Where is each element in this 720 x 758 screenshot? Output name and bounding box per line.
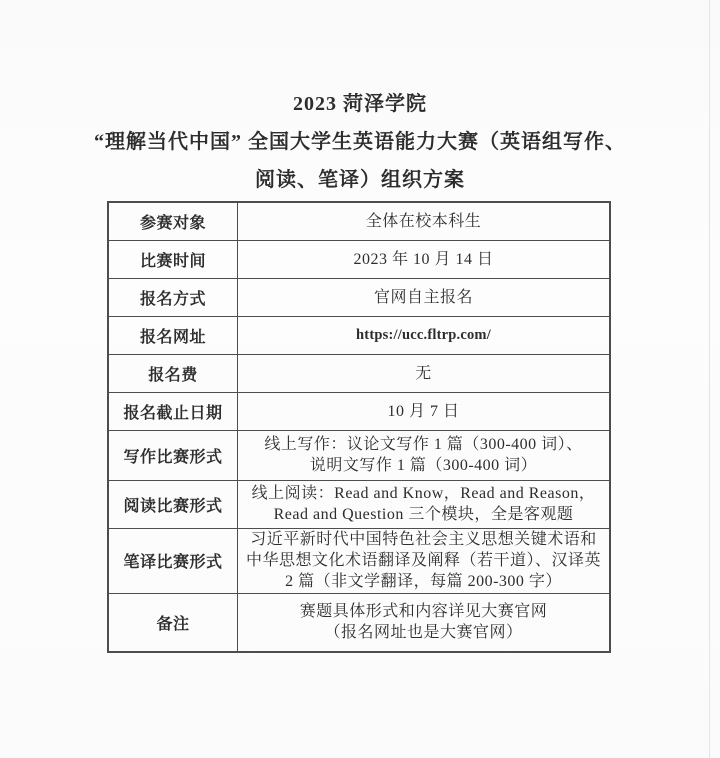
- row-value-participants: 全体在校本科生: [238, 202, 611, 240]
- row-value-reading-format: 线上阅读：Read and Know，Read and Reason， Read…: [238, 480, 611, 528]
- title-line-3: 阅读、笔译）组织方案: [0, 161, 720, 199]
- value-line: （报名网址也是大赛官网）: [240, 622, 607, 643]
- row-label-registration-method: 报名方式: [108, 278, 238, 316]
- row-value-writing-format: 线上写作：议论文写作 1 篇（300-400 词）、 说明文写作 1 篇（300…: [238, 430, 611, 480]
- row-value-registration-fee: 无: [238, 354, 611, 392]
- value-line: 赛题具体形式和内容详见大赛官网: [240, 601, 607, 622]
- value-line: Read and Question 三个模块，全是客观题: [240, 504, 607, 525]
- value-line: 习近平新时代中国特色社会主义思想关键术语和: [240, 529, 607, 550]
- row-label-reading-format: 阅读比赛形式: [108, 480, 238, 528]
- table-row-writing-format: 写作比赛形式 线上写作：议论文写作 1 篇（300-400 词）、 说明文写作 …: [108, 430, 610, 480]
- row-value-registration-deadline: 10 月 7 日: [238, 392, 611, 430]
- table-row-registration-website: 报名网址 https://ucc.fltrp.com/: [108, 316, 610, 354]
- row-label-remarks: 备注: [108, 593, 238, 652]
- value-line: 2023 年 10 月 14 日: [240, 249, 607, 270]
- title-line-1: 2023 菏泽学院: [0, 85, 720, 123]
- row-label-competition-time: 比赛时间: [108, 240, 238, 278]
- value-line: 官网自主报名: [240, 287, 607, 308]
- document-title: 2023 菏泽学院 “理解当代中国” 全国大学生英语能力大赛（英语组写作、 阅读…: [0, 85, 720, 199]
- row-value-registration-website: https://ucc.fltrp.com/: [238, 316, 611, 354]
- table-row-competition-time: 比赛时间 2023 年 10 月 14 日: [108, 240, 610, 278]
- table-row-reading-format: 阅读比赛形式 线上阅读：Read and Know，Read and Reaso…: [108, 480, 610, 528]
- table-row-registration-deadline: 报名截止日期 10 月 7 日: [108, 392, 610, 430]
- value-line: 中华思想文化术语翻译及阐释（若干道）、汉译英: [240, 550, 607, 571]
- row-value-remarks: 赛题具体形式和内容详见大赛官网 （报名网址也是大赛官网）: [238, 593, 611, 652]
- row-label-registration-fee: 报名费: [108, 354, 238, 392]
- table-row-translation-format: 笔译比赛形式 习近平新时代中国特色社会主义思想关键术语和 中华思想文化术语翻译及…: [108, 528, 610, 593]
- info-table: 参赛对象 全体在校本科生 比赛时间 2023 年 10 月 14 日 报名方式 …: [107, 201, 611, 653]
- table-row-registration-method: 报名方式 官网自主报名: [108, 278, 610, 316]
- page-edge-line: [709, 0, 710, 758]
- value-line: 线上写作：议论文写作 1 篇（300-400 词）、: [240, 434, 607, 455]
- row-value-registration-method: 官网自主报名: [238, 278, 611, 316]
- row-label-registration-website: 报名网址: [108, 316, 238, 354]
- table-row-participants: 参赛对象 全体在校本科生: [108, 202, 610, 240]
- row-label-translation-format: 笔译比赛形式: [108, 528, 238, 593]
- row-label-writing-format: 写作比赛形式: [108, 430, 238, 480]
- value-line: 线上阅读：Read and Know，Read and Reason，: [240, 483, 607, 504]
- row-label-registration-deadline: 报名截止日期: [108, 392, 238, 430]
- value-line: 全体在校本科生: [240, 211, 607, 232]
- row-value-translation-format: 习近平新时代中国特色社会主义思想关键术语和 中华思想文化术语翻译及阐释（若干道）…: [238, 528, 611, 593]
- title-line-2: “理解当代中国” 全国大学生英语能力大赛（英语组写作、: [0, 123, 720, 161]
- row-label-participants: 参赛对象: [108, 202, 238, 240]
- registration-url-text: https://ucc.fltrp.com/: [240, 325, 607, 346]
- table-row-registration-fee: 报名费 无: [108, 354, 610, 392]
- row-value-competition-time: 2023 年 10 月 14 日: [238, 240, 611, 278]
- value-line: 2 篇（非文学翻译，每篇 200-300 字）: [240, 571, 607, 592]
- value-line: 无: [240, 363, 607, 384]
- value-line: 说明文写作 1 篇（300-400 词）: [240, 455, 607, 476]
- table-row-remarks: 备注 赛题具体形式和内容详见大赛官网 （报名网址也是大赛官网）: [108, 593, 610, 652]
- value-line: 10 月 7 日: [240, 401, 607, 422]
